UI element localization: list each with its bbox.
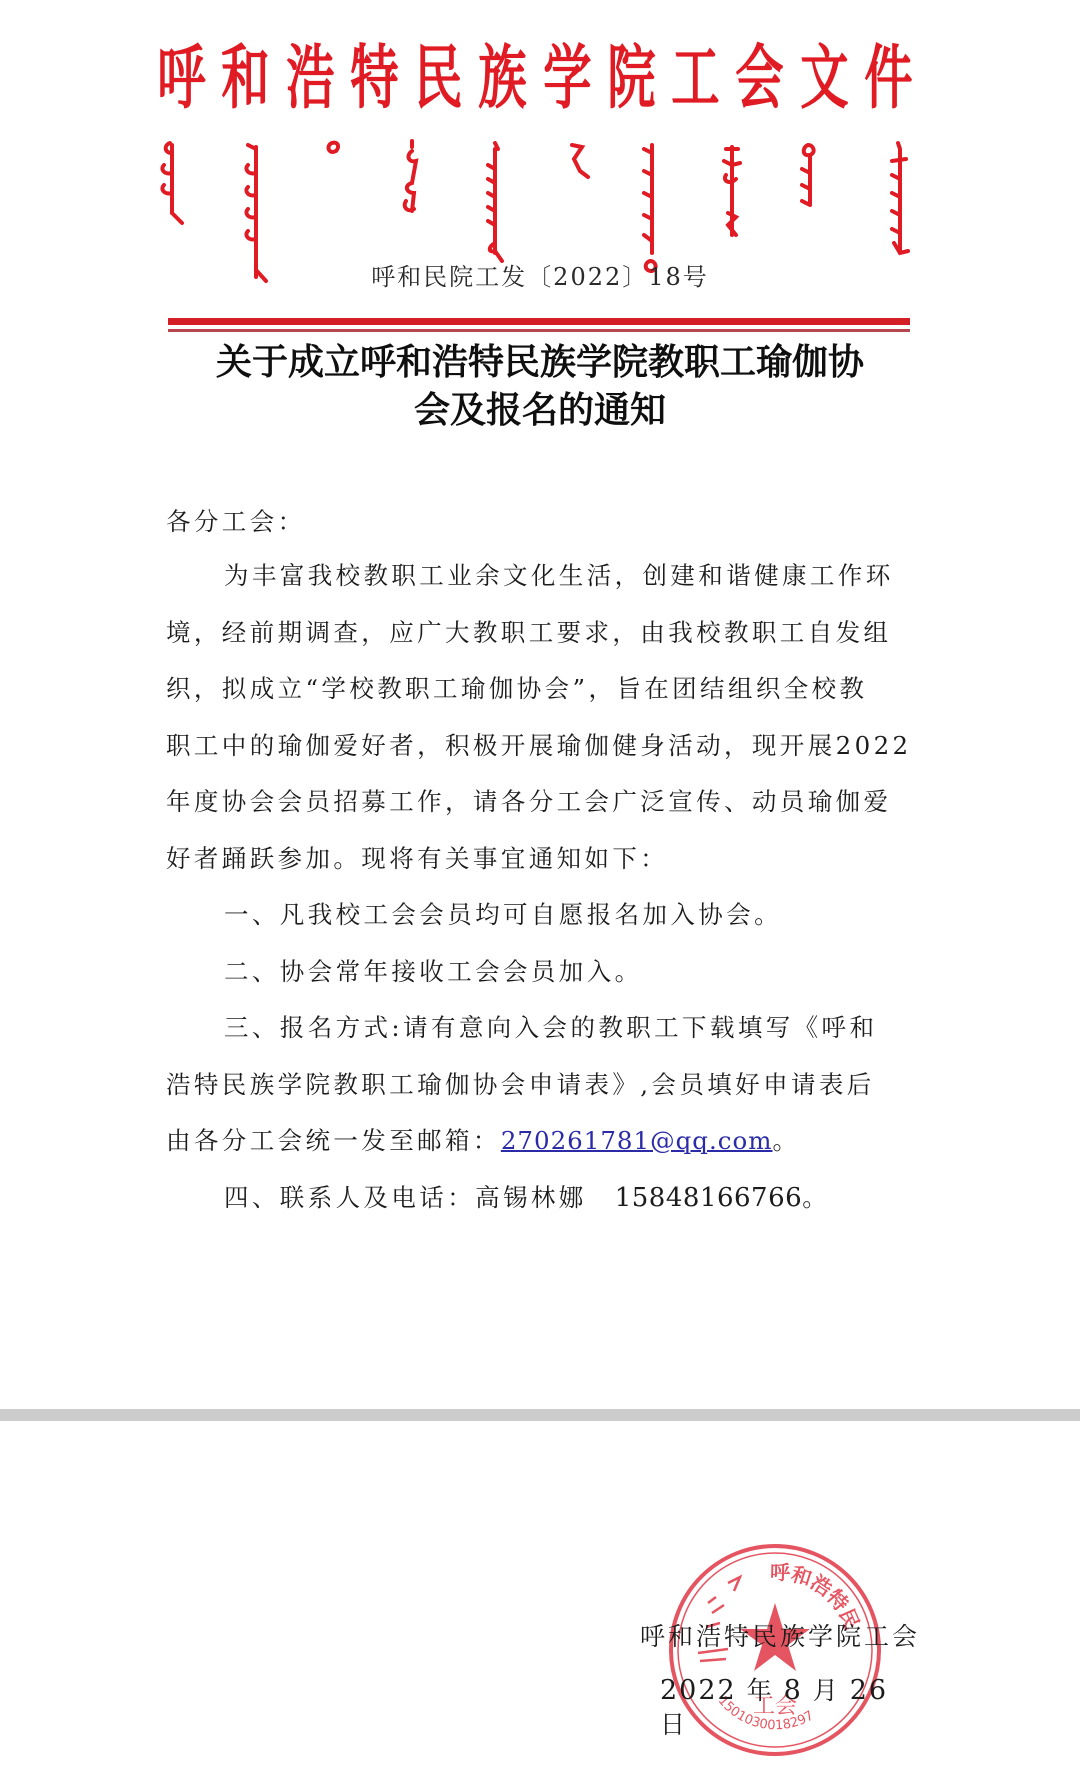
salutation-block: 各分工会： (166, 494, 918, 551)
document-number: 呼和民院工发〔2022〕18号 (0, 262, 1080, 292)
masthead-char: 会 (735, 33, 784, 123)
paragraph-line: 好者踊跃参加。现将有关事宜通知如下： (166, 831, 918, 888)
notice-title: 关于成立呼和浩特民族学院教职工瑜伽协 会及报名的通知 (160, 338, 920, 434)
masthead-char: 件 (864, 33, 913, 123)
date-month: 8 (784, 1675, 803, 1706)
item-3-line2: 浩特民族学院教职工瑜伽协会申请表》,会员填好申请表后 (166, 1057, 918, 1114)
item-4-suffix: 。 (802, 1183, 830, 1212)
paragraph-line: 为丰富我校教职工业余文化生活，创建和谐健康工作环 (166, 548, 918, 605)
date-day: 26 (850, 1675, 888, 1706)
masthead-char: 呼 (157, 33, 206, 123)
date-year: 2022 (660, 1675, 737, 1706)
item-4-prefix: 四、联系人及电话： (224, 1183, 475, 1212)
paragraph-line: 年度协会会员招募工作，请各分工会广泛宣传、动员瑜伽爱 (166, 774, 918, 831)
date-year-unit: 年 (747, 1676, 774, 1705)
signature-date: 2022 年 8 月 26 日 (660, 1674, 900, 1742)
masthead-char: 和 (221, 33, 270, 123)
item-3-line1: 三、报名方式:请有意向入会的教职工下载填写《呼和 (166, 1000, 918, 1057)
salutation: 各分工会： (166, 494, 918, 551)
contact-name: 高锡林娜 (475, 1183, 587, 1212)
email-link[interactable]: 270261781@qq.com (501, 1126, 773, 1155)
paragraph-line: 职工中的瑜伽爱好者，积极开展瑜伽健身活动，现开展2022 (166, 718, 918, 775)
masthead-char: 院 (607, 33, 656, 123)
masthead-title: 呼 和 浩 特 民 族 学 院 工 会 文 件 (150, 38, 920, 118)
item-3-suffix: 。 (772, 1126, 800, 1155)
item-3-line3: 由各分工会统一发至邮箱：270261781@qq.com。 (166, 1113, 918, 1170)
item-3-prefix: 由各分工会统一发至邮箱： (166, 1126, 501, 1155)
main-paragraph: 为丰富我校教职工业余文化生活，创建和谐健康工作环 境，经前期调查，应广大教职工要… (166, 548, 918, 887)
notice-title-line2: 会及报名的通知 (160, 386, 920, 434)
contact-phone: 15848166766 (615, 1183, 802, 1213)
item-4: 四、联系人及电话：高锡林娜15848166766。 (166, 1170, 918, 1227)
masthead-char: 学 (543, 33, 592, 123)
masthead-char: 工 (671, 33, 720, 123)
page-separator-band (0, 1409, 1080, 1421)
paragraph-line: 境，经前期调查，应广大教职工要求，由我校教职工自发组 (166, 605, 918, 662)
masthead-char: 民 (414, 33, 463, 123)
masthead-char: 族 (478, 33, 527, 123)
paragraph-line: 织，拟成立“学校教职工瑜伽协会”，旨在团结组织全校教 (166, 661, 918, 718)
masthead-char: 文 (800, 33, 849, 123)
masthead-char: 特 (350, 33, 399, 123)
date-month-unit: 月 (813, 1676, 840, 1705)
notice-title-line1: 关于成立呼和浩特民族学院教职工瑜伽协 (160, 338, 920, 386)
signature-organization: 呼和浩特民族学院工会 (620, 1620, 920, 1654)
date-day-unit: 日 (660, 1710, 687, 1739)
masthead-char: 浩 (285, 33, 334, 123)
item-2: 二、协会常年接收工会会员加入。 (166, 944, 918, 1001)
item-1: 一、凡我校工会会员均可自愿报名加入协会。 (166, 887, 918, 944)
red-divider-thin (168, 329, 910, 332)
red-divider-thick (168, 318, 910, 325)
notice-items: 一、凡我校工会会员均可自愿报名加入协会。 二、协会常年接收工会会员加入。 三、报… (166, 887, 918, 1226)
